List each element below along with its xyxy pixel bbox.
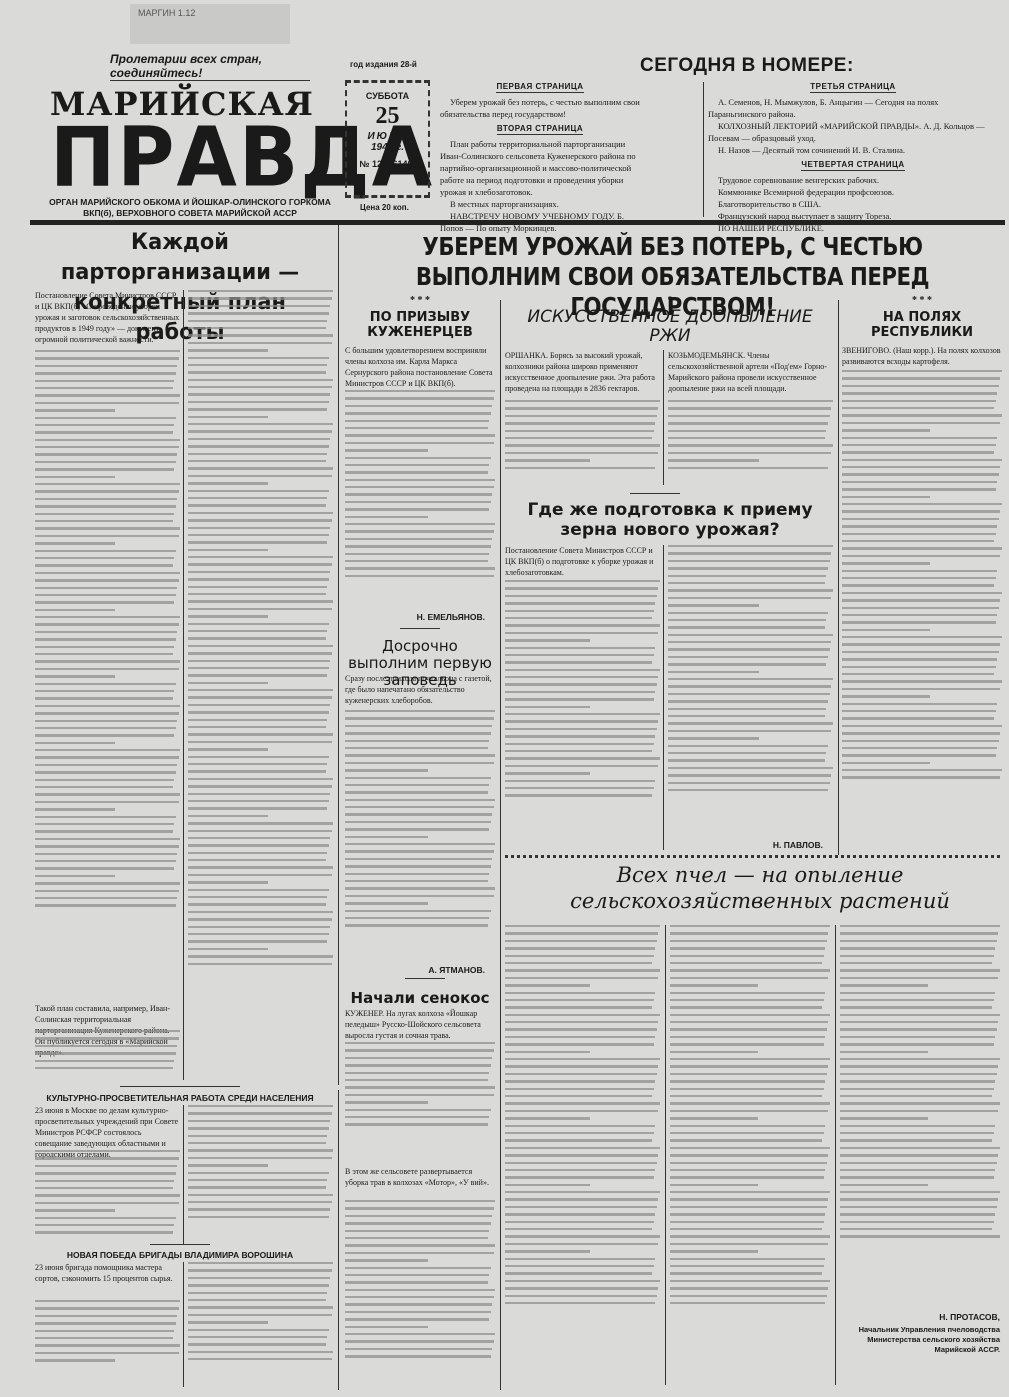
culture-col2 bbox=[188, 1105, 333, 1245]
text-line bbox=[842, 621, 996, 623]
text-line bbox=[668, 626, 825, 628]
text-line bbox=[345, 1237, 488, 1239]
separator bbox=[400, 628, 440, 629]
text-line bbox=[188, 1277, 330, 1279]
text-line bbox=[842, 732, 1000, 734]
text-line bbox=[505, 698, 654, 700]
text-line bbox=[840, 1095, 992, 1097]
text-line bbox=[188, 1208, 330, 1210]
text-line bbox=[505, 940, 657, 942]
text-line bbox=[842, 547, 1002, 549]
text-line bbox=[505, 735, 655, 737]
text-line bbox=[35, 720, 177, 722]
text-line bbox=[188, 748, 268, 750]
text-line bbox=[670, 999, 824, 1001]
text-line bbox=[505, 925, 660, 927]
text-line bbox=[840, 1184, 928, 1186]
text-line bbox=[668, 737, 759, 739]
month: ИЮНЯ bbox=[347, 131, 428, 142]
day: 25 bbox=[347, 101, 428, 131]
text-line bbox=[345, 887, 495, 889]
text-line bbox=[188, 1358, 332, 1360]
text-line bbox=[840, 1110, 998, 1112]
brigade-headline: НОВАЯ ПОБЕДА БРИГАДЫ ВЛАДИМИРА ВОРОШИНА bbox=[20, 1250, 340, 1260]
text-line bbox=[188, 297, 332, 299]
text-line bbox=[345, 1326, 428, 1328]
text-line bbox=[188, 430, 332, 432]
text-line bbox=[840, 1102, 1000, 1104]
text-line bbox=[345, 732, 491, 734]
text-line bbox=[505, 757, 660, 759]
text-line bbox=[188, 645, 333, 647]
text-line bbox=[505, 962, 652, 964]
text-line bbox=[842, 688, 1000, 690]
text-line bbox=[188, 800, 329, 802]
text-line bbox=[668, 745, 828, 747]
text-line bbox=[842, 377, 1000, 379]
text-line bbox=[505, 430, 654, 432]
text-line bbox=[842, 658, 997, 660]
text-line bbox=[345, 754, 495, 756]
text-line bbox=[840, 1176, 994, 1178]
text-line bbox=[840, 1154, 998, 1156]
text-line bbox=[670, 1206, 827, 1208]
text-line bbox=[842, 629, 930, 631]
year-of-issue: год издания 28-й bbox=[350, 60, 417, 69]
haymaking-para2: В этом же сельсовете развертывается убор… bbox=[345, 1166, 495, 1188]
text-line bbox=[670, 1176, 824, 1178]
text-line bbox=[345, 910, 491, 912]
text-line bbox=[345, 420, 489, 422]
text-line bbox=[505, 617, 652, 619]
text-line bbox=[345, 1259, 428, 1261]
text-line bbox=[505, 1110, 658, 1112]
text-line bbox=[188, 497, 327, 499]
text-line bbox=[842, 407, 994, 409]
grain-col1 bbox=[505, 580, 660, 845]
text-line bbox=[188, 320, 327, 322]
text-line bbox=[35, 712, 179, 714]
text-line bbox=[188, 1105, 333, 1107]
text-line bbox=[670, 1265, 824, 1267]
text-line bbox=[842, 540, 994, 542]
text-line bbox=[345, 880, 488, 882]
text-line bbox=[35, 424, 174, 426]
text-line bbox=[188, 822, 333, 824]
text-line bbox=[505, 407, 658, 409]
text-line bbox=[670, 1154, 828, 1156]
text-line bbox=[188, 623, 329, 625]
text-line bbox=[35, 1300, 180, 1302]
text-line bbox=[188, 1164, 268, 1166]
text-line bbox=[345, 1281, 488, 1283]
text-line bbox=[35, 490, 179, 492]
text-line bbox=[188, 1321, 268, 1323]
text-line bbox=[668, 567, 828, 569]
text-line bbox=[188, 785, 332, 787]
text-line bbox=[188, 445, 329, 447]
text-line bbox=[188, 467, 333, 469]
column-divider bbox=[835, 925, 836, 1385]
text-line bbox=[188, 475, 332, 477]
toc-item: В местных парторганизациях. bbox=[440, 198, 640, 210]
text-line bbox=[505, 750, 652, 752]
text-line bbox=[505, 713, 660, 715]
text-line bbox=[505, 1036, 655, 1038]
text-line bbox=[840, 1125, 995, 1127]
text-line bbox=[505, 728, 657, 730]
text-line bbox=[668, 759, 825, 761]
text-line bbox=[505, 999, 654, 1001]
column-divider bbox=[838, 300, 839, 855]
text-line bbox=[35, 453, 177, 455]
text-line bbox=[188, 1112, 332, 1114]
text-line bbox=[345, 1333, 495, 1335]
editorial-col2 bbox=[188, 290, 333, 1080]
text-line bbox=[188, 844, 329, 846]
text-line bbox=[668, 437, 825, 439]
text-line bbox=[35, 520, 173, 522]
text-line bbox=[188, 807, 327, 809]
text-line bbox=[188, 711, 329, 713]
text-line bbox=[505, 780, 655, 782]
text-line bbox=[35, 468, 174, 470]
text-line bbox=[505, 1051, 590, 1053]
text-line bbox=[505, 1058, 660, 1060]
text-line bbox=[35, 357, 179, 359]
text-line bbox=[840, 1117, 928, 1119]
text-line bbox=[35, 1352, 179, 1354]
year: 1949 г. bbox=[347, 142, 428, 153]
text-line bbox=[35, 527, 180, 529]
text-line bbox=[345, 553, 489, 555]
text-line bbox=[840, 1169, 995, 1171]
text-line bbox=[505, 1095, 652, 1097]
text-line bbox=[188, 512, 333, 514]
text-line bbox=[345, 865, 491, 867]
text-line bbox=[188, 1314, 332, 1316]
text-line bbox=[670, 984, 758, 986]
text-line bbox=[840, 1014, 1000, 1016]
text-line bbox=[35, 461, 176, 463]
text-line bbox=[505, 676, 658, 678]
text-line bbox=[345, 1230, 489, 1232]
text-line bbox=[188, 408, 327, 410]
text-line bbox=[345, 1057, 492, 1059]
text-line bbox=[35, 542, 115, 544]
text-line bbox=[668, 422, 828, 424]
text-line bbox=[188, 815, 268, 817]
weekday: СУББОТА bbox=[347, 91, 428, 101]
text-line bbox=[188, 637, 326, 639]
kuzhener-lead: С большим удовлетворением восприняли чле… bbox=[345, 345, 495, 389]
text-line bbox=[842, 503, 1002, 505]
text-line bbox=[668, 552, 831, 554]
text-line bbox=[345, 560, 488, 562]
text-line bbox=[35, 535, 179, 537]
text-line bbox=[188, 527, 330, 529]
bees-signature-title: Начальник Управления пчеловодства Минист… bbox=[840, 1325, 1000, 1355]
text-line bbox=[840, 932, 998, 934]
text-line bbox=[505, 1125, 655, 1127]
text-line bbox=[842, 392, 997, 394]
text-line bbox=[345, 1200, 495, 1202]
bees-headline: Всех пчел — на опыление сельскохозяйстве… bbox=[520, 862, 1000, 914]
text-line bbox=[345, 508, 489, 510]
text-line bbox=[345, 449, 428, 451]
text-line bbox=[188, 490, 329, 492]
culture-headline: КУЛЬТУРНО-ПРОСВЕТИТЕЛЬНАЯ РАБОТА СРЕДИ Н… bbox=[20, 1093, 340, 1103]
text-line bbox=[35, 823, 174, 825]
text-line bbox=[668, 430, 826, 432]
text-line bbox=[35, 587, 177, 589]
text-line bbox=[35, 572, 180, 574]
text-line bbox=[345, 523, 495, 525]
text-line bbox=[188, 852, 327, 854]
bees-col1 bbox=[505, 925, 660, 1385]
text-line bbox=[188, 704, 330, 706]
text-line bbox=[345, 799, 495, 801]
text-line bbox=[345, 1101, 428, 1103]
text-line bbox=[842, 570, 997, 572]
text-line bbox=[842, 762, 930, 764]
text-line bbox=[188, 608, 332, 610]
text-line bbox=[505, 743, 654, 745]
text-line bbox=[505, 1265, 654, 1267]
text-line bbox=[35, 1045, 177, 1047]
text-line bbox=[345, 493, 492, 495]
text-line bbox=[188, 955, 333, 957]
haymaking-body-2 bbox=[345, 1200, 495, 1390]
text-line bbox=[345, 902, 428, 904]
column-divider bbox=[338, 1090, 339, 1390]
text-line bbox=[35, 394, 180, 396]
text-line bbox=[842, 562, 930, 564]
text-line bbox=[840, 1073, 997, 1075]
text-line bbox=[345, 434, 495, 436]
text-line bbox=[188, 364, 327, 366]
text-line bbox=[35, 579, 179, 581]
text-line bbox=[35, 1060, 174, 1062]
text-line bbox=[35, 550, 176, 552]
text-line bbox=[505, 1102, 660, 1104]
kuzhener-body bbox=[345, 390, 495, 615]
text-line bbox=[670, 1028, 827, 1030]
text-line bbox=[188, 416, 268, 418]
text-line bbox=[670, 1198, 828, 1200]
text-line bbox=[35, 483, 180, 485]
text-line bbox=[188, 733, 333, 735]
text-line bbox=[670, 1102, 830, 1104]
text-line bbox=[505, 1272, 652, 1274]
text-line bbox=[35, 646, 174, 648]
text-line bbox=[35, 601, 174, 603]
text-line bbox=[345, 895, 494, 897]
text-line bbox=[188, 696, 332, 698]
text-line bbox=[505, 422, 655, 424]
text-line bbox=[35, 476, 115, 478]
text-line bbox=[35, 697, 173, 699]
text-line bbox=[35, 557, 174, 559]
text-line bbox=[345, 1340, 494, 1342]
text-line bbox=[188, 593, 326, 595]
text-line bbox=[188, 386, 332, 388]
text-line bbox=[35, 875, 115, 877]
toc-item: Н. Назов — Десятый том сочинений И. В. С… bbox=[708, 144, 998, 156]
text-line bbox=[345, 530, 494, 532]
text-line bbox=[188, 874, 332, 876]
text-line bbox=[840, 1235, 1000, 1237]
text-line bbox=[505, 1088, 654, 1090]
text-line bbox=[668, 467, 828, 469]
text-line bbox=[35, 380, 174, 382]
text-line bbox=[842, 422, 1000, 424]
text-line bbox=[505, 459, 590, 461]
text-line bbox=[345, 442, 494, 444]
text-line bbox=[505, 647, 655, 649]
archive-stamp: МАРГИН 1.12 bbox=[130, 4, 290, 44]
text-line bbox=[345, 924, 488, 926]
text-line bbox=[188, 549, 268, 551]
text-line bbox=[505, 969, 660, 971]
toc-item: КОЛХОЗНЫЙ ЛЕКТОРИЙ «МАРИЙСКОЙ ПРАВДЫ». А… bbox=[708, 120, 998, 144]
text-line bbox=[35, 609, 115, 611]
text-line bbox=[345, 538, 492, 540]
text-line bbox=[188, 948, 268, 950]
text-line bbox=[188, 719, 327, 721]
text-line bbox=[188, 379, 333, 381]
text-line bbox=[35, 1231, 173, 1233]
grain-signature: Н. ПАВЛОВ. bbox=[668, 840, 823, 850]
stars-ornament: * * * bbox=[345, 295, 495, 306]
text-line bbox=[35, 1315, 177, 1317]
text-line bbox=[842, 510, 1000, 512]
text-line bbox=[345, 479, 495, 481]
text-line bbox=[35, 668, 179, 670]
text-line bbox=[35, 845, 179, 847]
grain-lead: Постановление Совета Министров СССР и ЦК… bbox=[505, 545, 660, 578]
rye-body-2 bbox=[668, 400, 833, 490]
text-line bbox=[188, 600, 333, 602]
text-line bbox=[345, 791, 488, 793]
text-line bbox=[505, 467, 655, 469]
text-line bbox=[840, 1006, 992, 1008]
text-line bbox=[35, 727, 176, 729]
text-line bbox=[668, 641, 831, 643]
text-line bbox=[188, 837, 330, 839]
text-line bbox=[35, 867, 174, 869]
text-line bbox=[188, 571, 330, 573]
text-line bbox=[188, 334, 333, 336]
text-line bbox=[345, 858, 492, 860]
text-line bbox=[505, 794, 652, 796]
text-line bbox=[35, 1165, 177, 1167]
text-line bbox=[188, 1336, 327, 1338]
text-line bbox=[345, 843, 495, 845]
text-line bbox=[35, 387, 173, 389]
fields-headline: НА ПОЛЯХ РЕСПУБЛИКИ bbox=[842, 310, 1002, 340]
text-line bbox=[668, 693, 830, 695]
text-line bbox=[842, 666, 996, 668]
text-line bbox=[670, 1221, 824, 1223]
text-line bbox=[35, 764, 177, 766]
text-line bbox=[188, 1299, 326, 1301]
column-divider bbox=[665, 925, 666, 1385]
text-line bbox=[670, 1095, 822, 1097]
text-line bbox=[668, 767, 833, 769]
text-line bbox=[505, 1176, 654, 1178]
text-line bbox=[842, 488, 996, 490]
text-line bbox=[188, 1157, 332, 1159]
text-line bbox=[505, 1169, 655, 1171]
text-line bbox=[35, 742, 115, 744]
text-line bbox=[505, 992, 655, 994]
text-line bbox=[345, 1296, 494, 1298]
fields-body bbox=[842, 370, 1002, 850]
text-line bbox=[668, 415, 830, 417]
text-line bbox=[35, 838, 180, 840]
text-line bbox=[188, 1135, 327, 1137]
text-line bbox=[345, 1318, 489, 1320]
text-line bbox=[668, 678, 833, 680]
text-line bbox=[35, 779, 174, 781]
text-line bbox=[670, 1080, 825, 1082]
text-line bbox=[345, 1311, 491, 1313]
text-line bbox=[505, 444, 660, 446]
text-line bbox=[668, 715, 825, 717]
text-line bbox=[840, 1221, 994, 1223]
text-line bbox=[188, 1343, 326, 1345]
text-line bbox=[35, 801, 179, 803]
toc-item: Благотворительство в США. bbox=[708, 198, 998, 210]
toc-page-label: ТРЕТЬЯ СТРАНИЦА bbox=[810, 82, 895, 93]
text-line bbox=[345, 850, 494, 852]
text-line bbox=[670, 962, 822, 964]
text-line bbox=[840, 1051, 928, 1053]
text-line bbox=[840, 1132, 994, 1134]
text-line bbox=[188, 423, 333, 425]
text-line bbox=[35, 1224, 174, 1226]
text-line bbox=[668, 789, 828, 791]
text-line bbox=[188, 889, 329, 891]
text-line bbox=[345, 501, 491, 503]
text-line bbox=[505, 977, 658, 979]
text-line bbox=[668, 560, 830, 562]
text-line bbox=[188, 770, 326, 772]
text-line bbox=[345, 828, 489, 830]
text-line bbox=[505, 624, 660, 626]
text-line bbox=[670, 1228, 822, 1230]
text-line bbox=[670, 1065, 828, 1067]
text-line bbox=[840, 969, 1000, 971]
text-line bbox=[670, 1088, 824, 1090]
text-line bbox=[840, 1080, 995, 1082]
text-line bbox=[188, 482, 268, 484]
text-line bbox=[188, 1172, 329, 1174]
text-line bbox=[35, 513, 174, 515]
text-line bbox=[842, 776, 1000, 778]
text-line bbox=[35, 675, 115, 677]
text-line bbox=[670, 1258, 825, 1260]
text-line bbox=[188, 866, 333, 868]
text-line bbox=[840, 1021, 998, 1023]
text-line bbox=[668, 634, 833, 636]
text-line bbox=[842, 481, 997, 483]
text-line bbox=[505, 1280, 660, 1282]
text-line bbox=[842, 747, 997, 749]
separator bbox=[630, 493, 680, 494]
text-line bbox=[670, 1280, 830, 1282]
